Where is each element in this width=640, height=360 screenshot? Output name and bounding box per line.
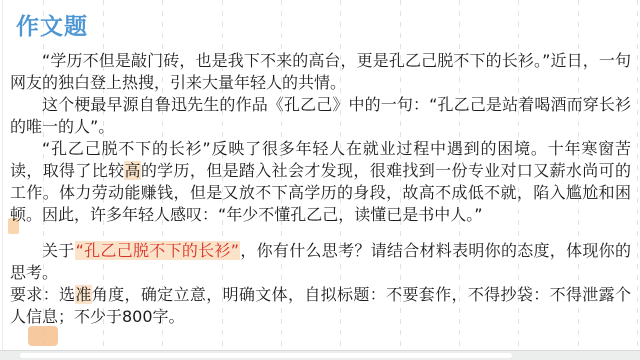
marked-char: 准 xyxy=(75,285,91,304)
footer-band xyxy=(0,351,640,360)
highlighted-phrase: “孔乙己脱不下的长衫” xyxy=(75,241,240,260)
page-title: 作文题 xyxy=(16,8,88,41)
requirements-text-2: 角度，确定立意，明确文体，自拟标题：不要套作，不得抄袋：不得泄露个人信息；不少于… xyxy=(10,285,631,326)
paragraph-analysis: “孔乙己脱不下的长衫”反映了很多年轻人在就业过程中遇到的困境。十年寒窗苦读，取得… xyxy=(10,138,631,226)
paragraph-intro: “学历不但是敲门砖，也是我下不来的高台，更是孔乙己脱不下的长衫。”近日，一句网友… xyxy=(10,50,631,94)
slide-left-border xyxy=(2,0,3,350)
marked-char: 高 xyxy=(124,161,140,180)
slide: 吉 祥 如 意 祥 作文题 “学历不但是敲门砖，也是我下不来的高台，更是孔乙己脱… xyxy=(0,0,640,360)
requirements-text-1: 要求：选 xyxy=(10,285,75,304)
essay-body: “学历不但是敲门砖，也是我下不来的高台，更是孔乙己脱不下的长衫。”近日，一句网友… xyxy=(10,50,631,328)
paragraph-requirements: 要求：选准角度，确定立意，明确文体，自拟标题：不要套作，不得抄袋：不得泄露个人信… xyxy=(10,284,631,328)
paragraph-question: 关于“孔乙己脱不下的长衫”，你有什么思考？请结合材料表明你的态度，体现你的思考。 xyxy=(10,240,631,284)
paragraph-origin: 这个梗最早源自鲁迅先生的作品《孔乙己》中的一句：“孔乙己是站着喝酒而穿长衫的唯一… xyxy=(10,94,631,138)
watermark-badge xyxy=(28,326,58,346)
column-guide xyxy=(637,0,638,350)
question-text-1: 关于 xyxy=(42,241,75,260)
footer-scrollbar[interactable] xyxy=(20,353,512,358)
